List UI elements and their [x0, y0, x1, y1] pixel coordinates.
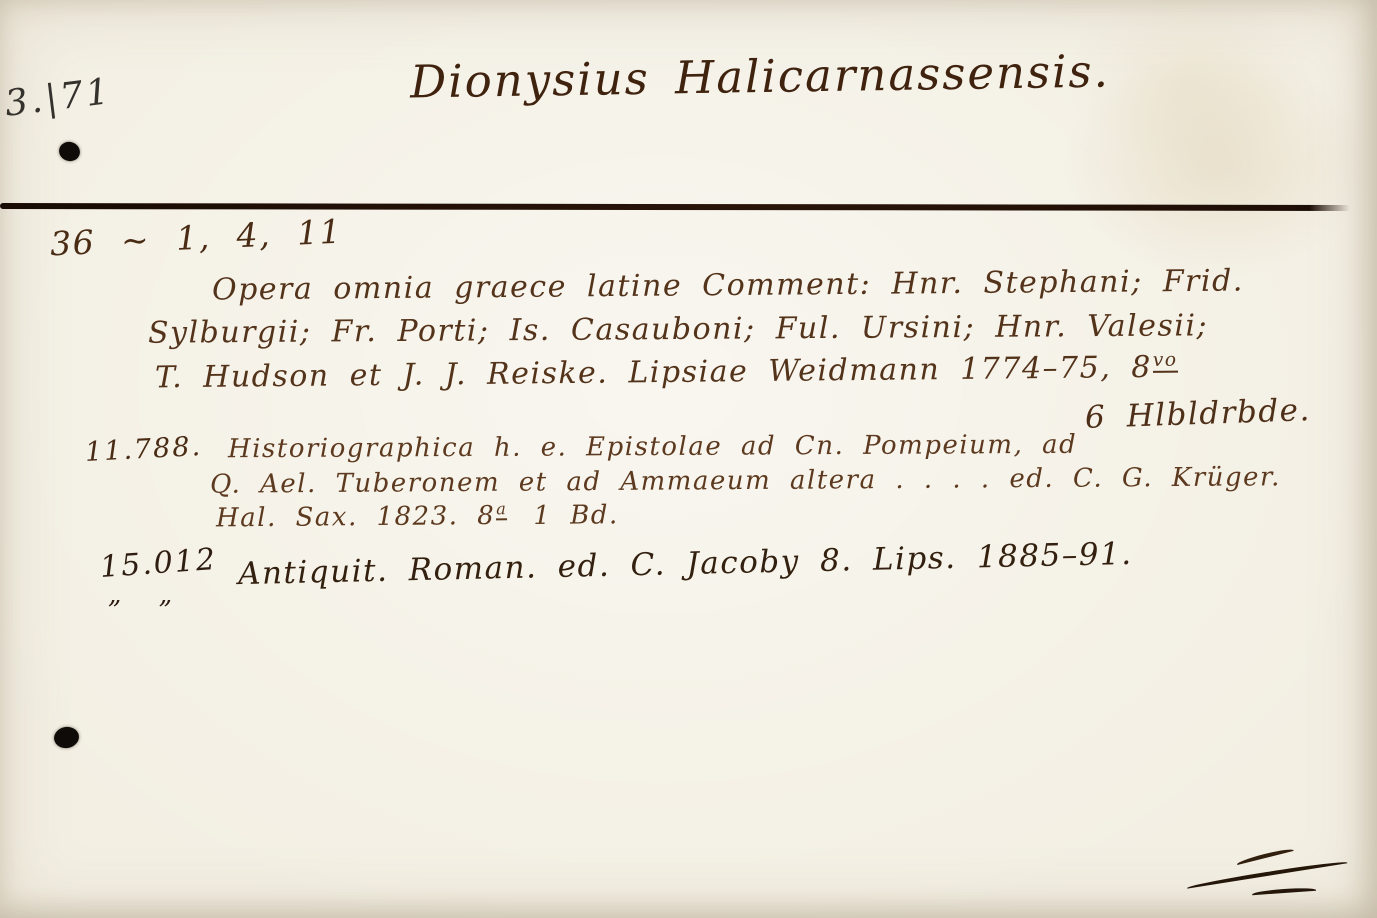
- opera-entry-line-1: Opera omnia graece latine Comment: Hnr. …: [212, 263, 1244, 307]
- historiographica-line-2: Q. Ael. Tuberonem et ad Ammaeum altera .…: [210, 462, 1281, 499]
- historiographica-line-3-rest: 1 Bd.: [533, 500, 619, 531]
- historiographica-line-3-text: Hal. Sax. 1823. 8: [216, 501, 496, 533]
- punch-hole-top: [57, 139, 83, 164]
- shelf-mark: 36 ~ 1, 4, 11: [49, 212, 342, 264]
- flourish-mark: [1252, 887, 1316, 895]
- divider-rule: [0, 203, 1350, 211]
- opera-entry-line-3: T. Hudson et J. J. Reiske. Lipsiae Weidm…: [155, 350, 1178, 396]
- historiographica-line-1: Historiographica h. e. Epistolae ad Cn. …: [228, 430, 1077, 464]
- ditto-marks: „ „: [108, 580, 182, 610]
- entry-number-historiographica: 11.788.: [84, 431, 203, 468]
- catalog-card: Dionysius Halicarnassensis. 3.|71 36 ~ 1…: [0, 0, 1377, 918]
- format-superscript: vo: [1153, 350, 1178, 373]
- entry-number-antiquitates: 15.012: [99, 542, 218, 585]
- flourish-mark: [1236, 847, 1293, 865]
- flourish-mark: [1187, 859, 1348, 888]
- binding-note: 6 Hlbldrbde.: [1084, 392, 1311, 436]
- opera-entry-line-2: Sylburgii; Fr. Porti; Is. Casauboni; Ful…: [148, 308, 1208, 350]
- antiquitates-line-1: Antiquit. Roman. ed. C. Jacoby 8. Lips. …: [238, 536, 1133, 592]
- opera-entry-line-3-text: T. Hudson et J. J. Reiske. Lipsiae Weidm…: [155, 350, 1152, 395]
- historiographica-line-3: Hal. Sax. 1823. 8a1 Bd.: [216, 498, 619, 533]
- punch-hole-bottom: [52, 725, 80, 750]
- format-superscript: a: [496, 499, 507, 520]
